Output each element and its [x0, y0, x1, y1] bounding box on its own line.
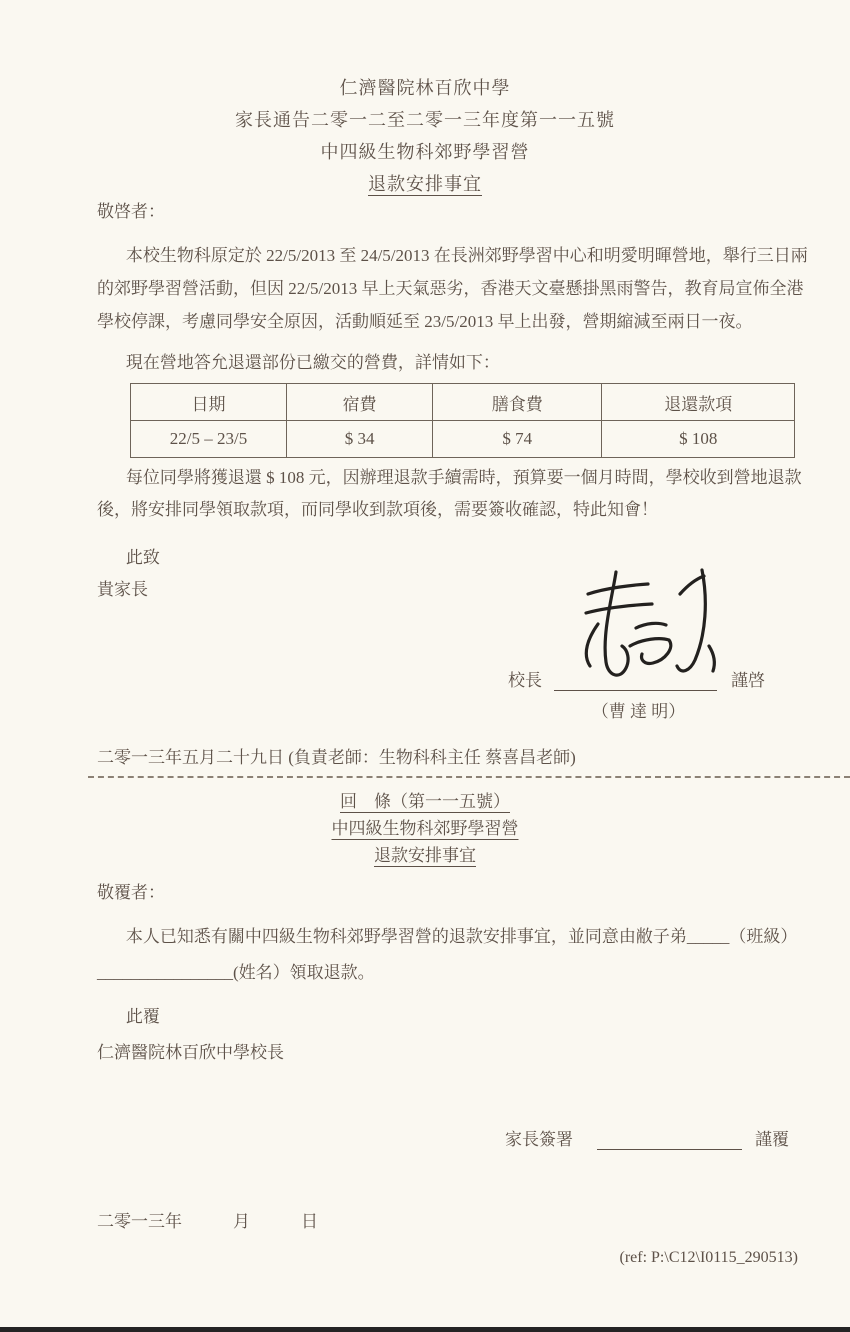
reply-body-line-1: 本人已知悉有關中四級生物科郊野學習營的退款安排事宜，並同意由敝子弟_____（班… — [97, 922, 797, 947]
cell-meal-fee: $ 74 — [433, 421, 602, 458]
paragraph-line: 本校生物科原定於 22/5/2013 至 24/5/2013 在長洲郊野學習中心… — [97, 239, 820, 272]
col-meal-fee: 膳食費 — [433, 384, 602, 421]
refund-table: 日期 宿費 膳食費 退還款項 22/5 – 23/5 $ 34 $ 74 $ 1… — [130, 383, 795, 458]
reply-slip-title: 回 條（第一一五號） — [0, 788, 850, 815]
parent-signature-label: 家長簽署 — [505, 1125, 573, 1150]
reply-closing: 此覆 — [97, 1002, 160, 1027]
school-name: 仁濟醫院林百欣中學 — [0, 72, 850, 104]
paragraph-line: 學校停課，考慮同學安全原因，活動順延至 23/5/2013 早上出發，營期縮減至… — [97, 305, 820, 338]
parent-respect-label: 謹覆 — [755, 1125, 789, 1150]
principal-label: 校長 — [508, 666, 542, 691]
scanner-edge-bottom — [0, 1327, 850, 1332]
reply-slip-subject-text: 中四級生物科郊野學習營 — [332, 819, 519, 838]
reply-body-line-2: ________________(姓名）領取退款。 — [97, 958, 375, 983]
cut-separator-line — [88, 776, 850, 778]
notice-date-line: 二零一三年五月二十九日 (負責老師：生物科科主任 蔡喜昌老師) — [97, 743, 576, 768]
notice-number-title: 家長通告二零一二至二零一三年度第一一五號 — [0, 104, 850, 136]
paragraph-line: 每位同學將獲退還 $ 108 元，因辦理退款手續需時，預算要一個月時間，學校收到… — [97, 462, 820, 494]
reply-slip-subject-refund-text: 退款安排事宜 — [374, 846, 476, 865]
cell-date-range: 22/5 – 23/5 — [131, 421, 287, 458]
principal-signature-line — [554, 670, 717, 691]
file-ref-number: (ref: P:\C12\I0115_290513) — [620, 1249, 799, 1267]
notice-subject-refund-text: 退款安排事宜 — [368, 174, 482, 194]
col-lodging-fee: 宿費 — [287, 384, 433, 421]
scanned-notice-page: 仁濟醫院林百欣中學 家長通告二零一二至二零一三年度第一一五號 中四級生物科郊野學… — [0, 0, 850, 1332]
paragraph-line: 的郊野學習營活動，但因 22/5/2013 早上天氣惡劣，香港天文臺懸掛黑雨警告… — [97, 272, 820, 305]
notice-subject: 中四級生物科郊野學習營 — [0, 136, 850, 168]
reply-salutation: 敬覆者： — [97, 878, 165, 903]
reply-date-line: 二零一三年 月 日 — [97, 1207, 318, 1232]
parent-signature-line — [597, 1129, 742, 1150]
notice-salutation: 敬啓者： — [97, 197, 165, 222]
paragraph-line: 後，將安排同學領取款項，而同學收到款項後，需要簽收確認，特此知會！ — [97, 494, 820, 526]
principal-name: （曹 達 明） — [556, 697, 721, 722]
closing-this-notice: 此致 — [97, 543, 160, 568]
refund-table-header-row: 日期 宿費 膳食費 退還款項 — [131, 384, 795, 421]
reply-addressee: 仁濟醫院林百欣中學校長 — [97, 1038, 284, 1063]
principal-respect-label: 謹啓 — [731, 666, 765, 691]
refund-table-data-row: 22/5 – 23/5 $ 34 $ 74 $ 108 — [131, 421, 795, 458]
notice-header: 仁濟醫院林百欣中學 家長通告二零一二至二零一三年度第一一五號 中四級生物科郊野學… — [0, 72, 850, 200]
notice-paragraph-3: 每位同學將獲退還 $ 108 元，因辦理退款手續需時，預算要一個月時間，學校收到… — [97, 462, 820, 526]
col-date: 日期 — [131, 384, 287, 421]
reply-slip-header: 回 條（第一一五號） 中四級生物科郊野學習營 退款安排事宜 — [0, 788, 850, 869]
notice-paragraph-2: 現在營地答允退還部份已繳交的營費，詳情如下： — [97, 348, 820, 373]
principal-signature-row: 校長 謹啓 — [508, 666, 765, 691]
parent-signature-row: 家長簽署 謹覆 — [505, 1125, 789, 1150]
col-refund-amount: 退還款項 — [602, 384, 795, 421]
reply-slip-title-text: 回 條（第一一五號） — [340, 792, 510, 811]
reply-slip-subject: 中四級生物科郊野學習營 — [0, 815, 850, 842]
reply-slip-subject-refund: 退款安排事宜 — [0, 842, 850, 869]
closing-addressee: 貴家長 — [97, 575, 148, 600]
notice-subject-refund: 退款安排事宜 — [0, 168, 850, 200]
notice-paragraph-1: 本校生物科原定於 22/5/2013 至 24/5/2013 在長洲郊野學習中心… — [97, 239, 820, 338]
cell-refund-amount: $ 108 — [602, 421, 795, 458]
cell-lodging-fee: $ 34 — [287, 421, 433, 458]
